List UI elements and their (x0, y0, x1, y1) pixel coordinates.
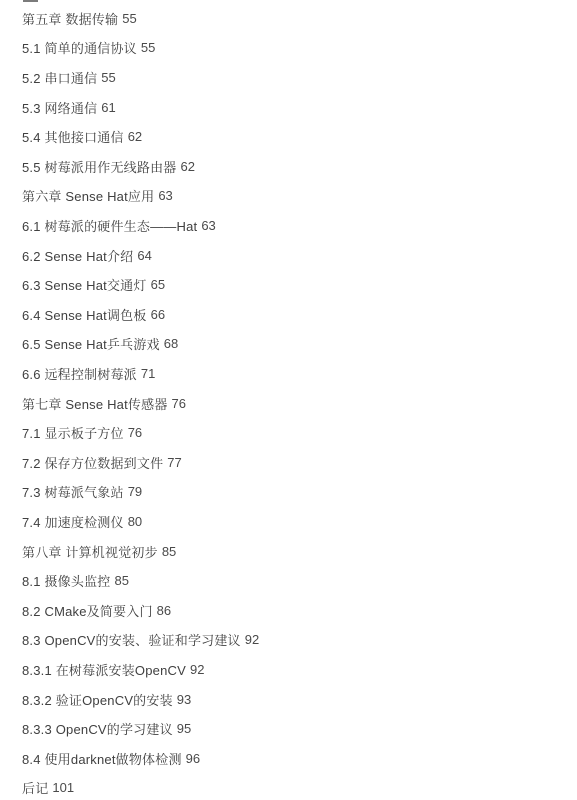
toc-entry: 6.3 Sense Hat交通灯 65 (22, 270, 577, 300)
toc-entry-label: 后记 (22, 778, 48, 797)
toc-entry: 8.3.3 OpenCV的学习建议 95 (22, 714, 577, 744)
toc-entry: 8.3 OpenCV的安装、验证和学习建议 92 (22, 625, 577, 655)
toc-entry: 6.5 Sense Hat乒乓游戏 68 (22, 329, 577, 359)
toc-entry: 8.3.1 在树莓派安装OpenCV 92 (22, 655, 577, 685)
toc-entry: 5.5 树莓派用作无线路由器 62 (22, 152, 577, 182)
toc-entry-label: 8.3.1 在树莓派安装OpenCV (22, 660, 186, 679)
toc-entry-page: 65 (151, 277, 165, 292)
toc-entry-page: 93 (177, 692, 191, 707)
toc-entry-label: 第六章 Sense Hat应用 (22, 186, 154, 205)
toc-entry-label: 8.3 OpenCV的安装、验证和学习建议 (22, 630, 241, 649)
toc-entry-page: 92 (245, 632, 259, 647)
toc-entry: 5.4 其他接口通信 62 (22, 122, 577, 152)
toc-entry-label: 6.1 树莓派的硬件生态——Hat (22, 216, 197, 235)
toc-entry: 5.2 串口通信 55 (22, 63, 577, 93)
toc-entry-page: 85 (114, 573, 128, 588)
toc-entry-label: 8.2 CMake及简要入门 (22, 601, 153, 620)
toc-entry: 6.6 远程控制树莓派 71 (22, 359, 577, 389)
toc-entry-label: 第八章 计算机视觉初步 (22, 542, 158, 561)
toc-entry: 7.4 加速度检测仪 80 (22, 507, 577, 537)
table-of-contents: 第五章 数据传输 55 5.1 简单的通信协议 55 5.2 串口通信 55 5… (22, 4, 577, 800)
toc-entry-page: 64 (137, 248, 151, 263)
toc-entry-label: 7.3 树莓派气象站 (22, 482, 124, 501)
toc-entry-page: 95 (177, 721, 191, 736)
toc-entry: 8.1 摄像头监控 85 (22, 566, 577, 596)
toc-entry-label: 5.5 树莓派用作无线路由器 (22, 157, 176, 176)
toc-entry-page: 76 (172, 396, 186, 411)
toc-entry-page: 55 (141, 40, 155, 55)
toc-entry: 第七章 Sense Hat传感器 76 (22, 388, 577, 418)
toc-entry: 6.4 Sense Hat调色板 66 (22, 300, 577, 330)
toc-entry: 5.1 简单的通信协议 55 (22, 33, 577, 63)
toc-entry: 第八章 计算机视觉初步 85 (22, 536, 577, 566)
toc-entry-page: 80 (128, 514, 142, 529)
toc-entry-page: 66 (151, 307, 165, 322)
toc-entry-page: 77 (167, 455, 181, 470)
toc-entry-page: 92 (190, 662, 204, 677)
toc-entry: 7.1 显示板子方位 76 (22, 418, 577, 448)
toc-entry: 8.4 使用darknet做物体检测 96 (22, 743, 577, 773)
toc-entry-label: 7.2 保存方位数据到文件 (22, 453, 163, 472)
toc-entry-label: 8.4 使用darknet做物体检测 (22, 749, 182, 768)
toc-entry: 8.3.2 验证OpenCV的安装 93 (22, 684, 577, 714)
toc-entry-page: 79 (128, 484, 142, 499)
toc-entry: 6.1 树莓派的硬件生态——Hat 63 (22, 211, 577, 241)
toc-entry-page: 96 (186, 751, 200, 766)
toc-entry: 6.2 Sense Hat介绍 64 (22, 240, 577, 270)
toc-entry-label: 第五章 数据传输 (22, 9, 118, 28)
clipped-text-fragment (23, 0, 38, 2)
toc-entry-page: 62 (180, 159, 194, 174)
toc-entry-page: 62 (128, 129, 142, 144)
toc-entry-page: 61 (101, 100, 115, 115)
toc-entry-page: 71 (141, 366, 155, 381)
toc-entry: 第五章 数据传输 55 (22, 4, 577, 34)
toc-entry-page: 101 (52, 780, 74, 795)
toc-entry-label: 第七章 Sense Hat传感器 (22, 394, 168, 413)
toc-entry-label: 8.3.2 验证OpenCV的安装 (22, 690, 173, 709)
toc-entry-label: 6.6 远程控制树莓派 (22, 364, 137, 383)
toc-entry: 7.2 保存方位数据到文件 77 (22, 448, 577, 478)
toc-entry-page: 63 (158, 188, 172, 203)
toc-entry: 第六章 Sense Hat应用 63 (22, 181, 577, 211)
toc-entry-label: 5.1 简单的通信协议 (22, 38, 137, 57)
toc-entry-page: 55 (101, 70, 115, 85)
toc-entry-page: 55 (122, 11, 136, 26)
toc-entry-label: 6.4 Sense Hat调色板 (22, 305, 147, 324)
toc-entry-page: 63 (201, 218, 215, 233)
toc-entry-label: 5.3 网络通信 (22, 98, 97, 117)
toc-entry-page: 76 (128, 425, 142, 440)
toc-entry-label: 6.3 Sense Hat交通灯 (22, 275, 147, 294)
toc-entry-label: 7.4 加速度检测仪 (22, 512, 124, 531)
toc-entry-label: 6.5 Sense Hat乒乓游戏 (22, 334, 160, 353)
toc-entry-label: 5.2 串口通信 (22, 68, 97, 87)
toc-entry: 后记 101 (22, 773, 577, 800)
toc-entry-label: 7.1 显示板子方位 (22, 423, 124, 442)
toc-entry: 8.2 CMake及简要入门 86 (22, 595, 577, 625)
toc-entry-label: 8.1 摄像头监控 (22, 571, 110, 590)
toc-entry: 7.3 树莓派气象站 79 (22, 477, 577, 507)
toc-entry-label: 6.2 Sense Hat介绍 (22, 246, 133, 265)
toc-entry-page: 85 (162, 544, 176, 559)
toc-entry-page: 68 (164, 336, 178, 351)
toc-entry-page: 86 (157, 603, 171, 618)
toc-entry: 5.3 网络通信 61 (22, 92, 577, 122)
toc-entry-label: 8.3.3 OpenCV的学习建议 (22, 719, 173, 738)
toc-entry-label: 5.4 其他接口通信 (22, 127, 124, 146)
